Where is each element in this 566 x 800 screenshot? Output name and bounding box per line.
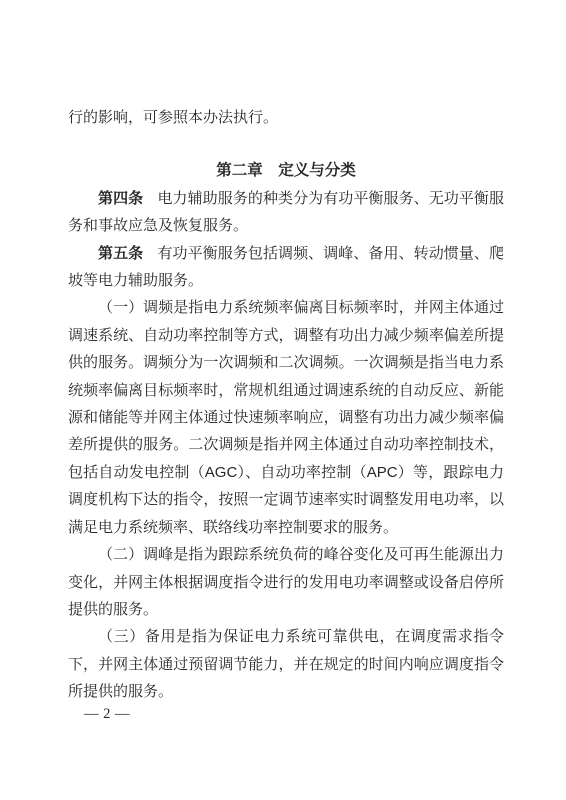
paragraph: （二）调峰是指为跟踪系统负荷的峰谷变化及可再生能源出力变化，并网主体根据调度指令… (68, 541, 504, 623)
paragraph-text: （三）备用是指为保证电力系统可靠供电，在调度需求指令下，并网主体通过预留调节能力… (68, 628, 504, 700)
document-body: 第四条电力辅助服务的种类分为有功平衡服务、无功平衡服务和事故应急及恢复服务。 第… (68, 185, 504, 706)
document-content: 行的影响，可参照本办法执行。 第二章 定义与分类 第四条电力辅助服务的种类分为有… (68, 104, 504, 706)
continuation-line: 行的影响，可参照本办法执行。 (68, 104, 504, 131)
paragraph: 第五条有功平衡服务包括调频、调峰、备用、转动惯量、爬坡等电力辅助服务。 (68, 240, 504, 295)
page-number: — 2 — (84, 706, 130, 723)
paragraph-text: （二）调峰是指为跟踪系统负荷的峰谷变化及可再生能源出力变化，并网主体根据调度指令… (68, 546, 504, 618)
document-page: 行的影响，可参照本办法执行。 第二章 定义与分类 第四条电力辅助服务的种类分为有… (0, 0, 566, 800)
paragraph: （三）备用是指为保证电力系统可靠供电，在调度需求指令下，并网主体通过预留调节能力… (68, 623, 504, 705)
article-number: 第五条 (98, 245, 143, 262)
chapter-heading: 第二章 定义与分类 (68, 157, 504, 184)
paragraph-text: （一）调频是指电力系统频率偏离目标频率时，并网主体通过调速系统、自动功率控制等方… (68, 299, 504, 535)
paragraph: （一）调频是指电力系统频率偏离目标频率时，并网主体通过调速系统、自动功率控制等方… (68, 294, 504, 541)
paragraph: 第四条电力辅助服务的种类分为有功平衡服务、无功平衡服务和事故应急及恢复服务。 (68, 185, 504, 240)
article-number: 第四条 (98, 190, 143, 207)
